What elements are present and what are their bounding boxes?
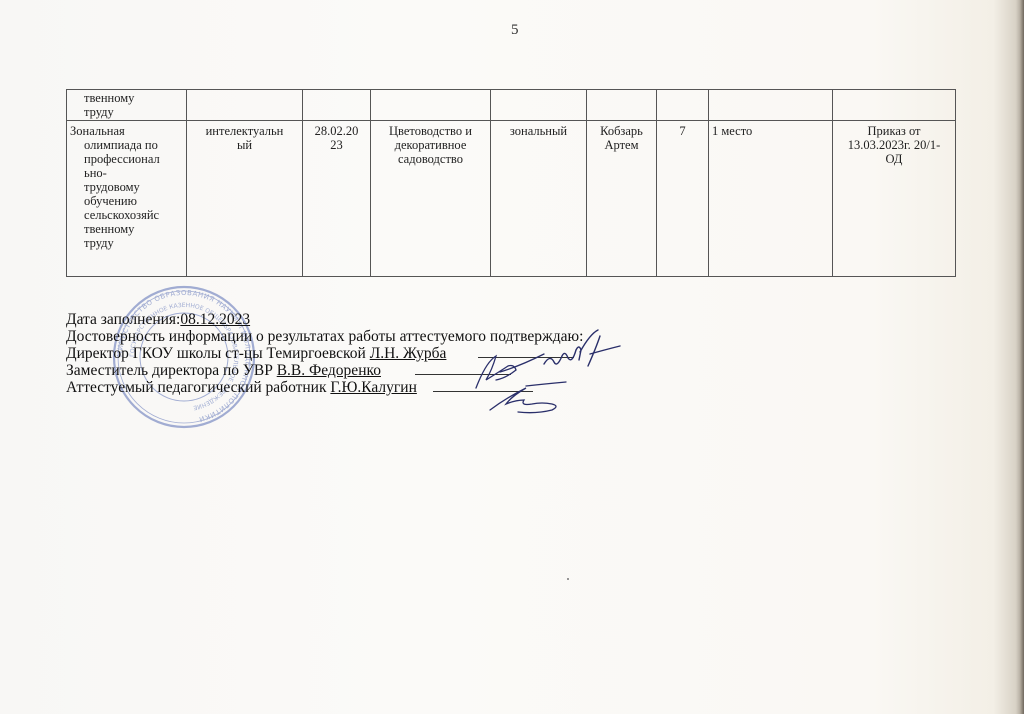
cell-event-name: твенному труду xyxy=(67,90,187,121)
director-name: Л.Н. Журба xyxy=(370,345,447,362)
cell-line: труду xyxy=(70,105,183,119)
cell-line: 23 xyxy=(306,138,367,152)
cell-subject xyxy=(371,90,491,121)
cell-subject: Цветоводство и декоративное садоводство xyxy=(371,121,491,277)
teacher-name: Г.Ю.Калугин xyxy=(330,379,416,396)
attestation-footer: Дата заполнения:08.12.2023 Достоверность… xyxy=(66,311,583,396)
cell-line: Кобзарь xyxy=(590,124,653,138)
fill-date-label: Дата заполнения: xyxy=(66,311,180,328)
cell-line: трудовому xyxy=(70,180,183,194)
scan-speck xyxy=(567,578,569,580)
cell-document: Приказ от 13.03.2023г. 20/1- ОД xyxy=(833,121,956,277)
teacher-line: Аттестуемый педагогический работник Г.Ю.… xyxy=(66,379,583,396)
deputy-line: Заместитель директора по УВР В.В. Федоре… xyxy=(66,362,583,379)
cell-line: 28.02.20 xyxy=(306,124,367,138)
cell-line: Цветоводство и xyxy=(374,124,487,138)
cell-line: интелектуальн xyxy=(190,124,299,138)
page-number: 5 xyxy=(511,22,519,39)
director-line: Директор ГКОУ школы ст-цы Темиргоевской … xyxy=(66,345,583,362)
deputy-name: В.В. Федоренко xyxy=(277,362,381,379)
cell-document xyxy=(833,90,956,121)
cell-level: зональный xyxy=(491,121,587,277)
cell-date: 28.02.20 23 xyxy=(303,121,371,277)
cell-date xyxy=(303,90,371,121)
cell-type: интелектуальн ый xyxy=(187,121,303,277)
cell-line: ьно- xyxy=(70,166,183,180)
deputy-label: Заместитель директора по УВР xyxy=(66,362,277,379)
cell-line: олимпиада по xyxy=(70,138,183,152)
cell-line: Приказ от xyxy=(836,124,952,138)
table-row-continuation: твенному труду xyxy=(67,90,956,121)
director-signature-line xyxy=(478,345,574,358)
cell-line: Зональная xyxy=(70,124,183,138)
cell-line: профессионал xyxy=(70,152,183,166)
cell-grade: 7 xyxy=(657,121,709,277)
confirmation-line: Достоверность информации о результатах р… xyxy=(66,328,583,345)
cell-level xyxy=(491,90,587,121)
cell-event-name: Зональная олимпиада по профессионал ьно-… xyxy=(67,121,187,277)
results-table: твенному труду Зональная олимпиада по пр… xyxy=(66,89,956,277)
cell-line: ый xyxy=(190,138,299,152)
cell-result xyxy=(709,90,833,121)
deputy-signature-line xyxy=(415,362,511,375)
cell-line: сельскохозяйс xyxy=(70,208,183,222)
cell-line: декоративное xyxy=(374,138,487,152)
cell-student: Кобзарь Артем xyxy=(587,121,657,277)
cell-line: обучению xyxy=(70,194,183,208)
cell-grade xyxy=(657,90,709,121)
cell-result: 1 место xyxy=(709,121,833,277)
page-binding-edge xyxy=(1020,0,1024,714)
director-label: Директор ГКОУ школы ст-цы Темиргоевской xyxy=(66,345,370,362)
cell-line: 13.03.2023г. 20/1- xyxy=(836,138,952,152)
cell-line: труду xyxy=(70,236,183,250)
table-row: Зональная олимпиада по профессионал ьно-… xyxy=(67,121,956,277)
cell-line: твенному xyxy=(70,91,183,105)
fill-date-line: Дата заполнения:08.12.2023 xyxy=(66,311,583,328)
cell-line: ОД xyxy=(836,152,952,166)
teacher-label: Аттестуемый педагогический работник xyxy=(66,379,330,396)
cell-line: твенному xyxy=(70,222,183,236)
cell-type xyxy=(187,90,303,121)
fill-date-value: 08.12.2023 xyxy=(180,311,250,328)
cell-line: Артем xyxy=(590,138,653,152)
teacher-signature-line xyxy=(433,379,533,392)
cell-student xyxy=(587,90,657,121)
cell-line: садоводство xyxy=(374,152,487,166)
